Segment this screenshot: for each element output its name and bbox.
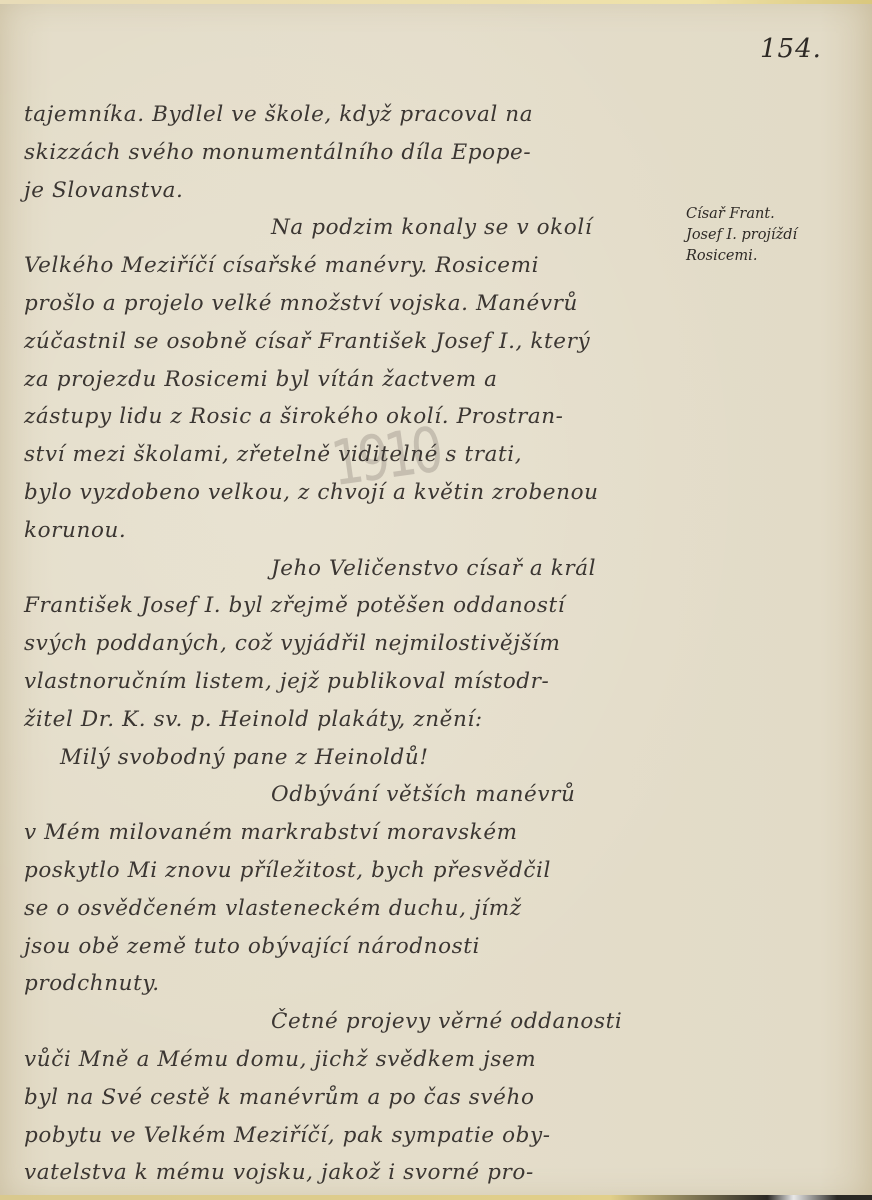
letter-salutation: Milý svobodný pane z Heinoldů! <box>24 739 689 777</box>
text-line: skizzách svého monumentálního díla Epope… <box>24 134 689 172</box>
text-line: bylo vyzdobeno velkou, z chvojí a květin… <box>24 474 689 512</box>
manuscript-page: 154. 1910 tajemníka. Bydlel ve škole, kd… <box>0 0 872 1200</box>
page-number: 154. <box>760 34 822 64</box>
text-line: ství mezi školami, zřetelně viditelné s … <box>24 436 689 474</box>
margin-note: Císař Frant. Josef I. projíždí Rosicemi. <box>686 204 856 267</box>
text-line: František Josef I. byl zřejmě potěšen od… <box>24 587 689 625</box>
text-line: vůči Mně a Mému domu, jichž svědkem jsem <box>24 1041 689 1079</box>
text-line: poskytlo Mi znovu příležitost, bych přes… <box>24 852 689 890</box>
text-line: prodchnuty. <box>24 965 689 1003</box>
text-line: vatelstva k mému vojsku, jakož i svorné … <box>24 1154 689 1192</box>
text-line: tajemníka. Bydlel ve škole, když pracova… <box>24 96 689 134</box>
page-edge-top <box>0 0 872 4</box>
text-line: prošlo a projelo velké množství vojska. … <box>24 285 689 323</box>
text-line: se o osvědčeném vlasteneckém duchu, jímž <box>24 890 689 928</box>
paragraph-start-line: Na podzim konaly se v okolí <box>24 209 689 247</box>
paragraph-start-line: Odbývání větších manévrů <box>24 776 689 814</box>
text-line: v Mém milovaném markrabství moravském <box>24 814 689 852</box>
text-line: zástupy lidu z Rosic a širokého okolí. P… <box>24 398 689 436</box>
paragraph-start-line: Četné projevy věrné oddanosti <box>24 1003 689 1041</box>
text-line: jsou obě země tuto obývající národnosti <box>24 928 689 966</box>
handwritten-body-text: tajemníka. Bydlel ve škole, když pracova… <box>24 96 689 1192</box>
margin-note-line: Císař Frant. <box>686 204 856 225</box>
margin-note-line: Josef I. projíždí <box>686 225 856 246</box>
text-line: je Slovanstva. <box>24 172 689 210</box>
text-line: svých poddaných, což vyjádřil nejmilosti… <box>24 625 689 663</box>
text-line: zúčastnil se osobně císař František Jose… <box>24 323 689 361</box>
page-edge-bottom <box>0 1195 872 1200</box>
text-line: korunou. <box>24 512 689 550</box>
text-line: Velkého Meziříčí císařské manévry. Rosic… <box>24 247 689 285</box>
margin-note-line: Rosicemi. <box>686 246 856 267</box>
text-line: pobytu ve Velkém Meziříčí, pak sympatie … <box>24 1117 689 1155</box>
text-line: za projezdu Rosicemi byl vítán žactvem a <box>24 361 689 399</box>
text-line: vlastnoručním listem, jejž publikoval mí… <box>24 663 689 701</box>
paragraph-start-line: Jeho Veličenstvo císař a král <box>24 550 689 588</box>
text-line: byl na Své cestě k manévrům a po čas své… <box>24 1079 689 1117</box>
text-line: žitel Dr. K. sv. p. Heinold plakáty, zně… <box>24 701 689 739</box>
